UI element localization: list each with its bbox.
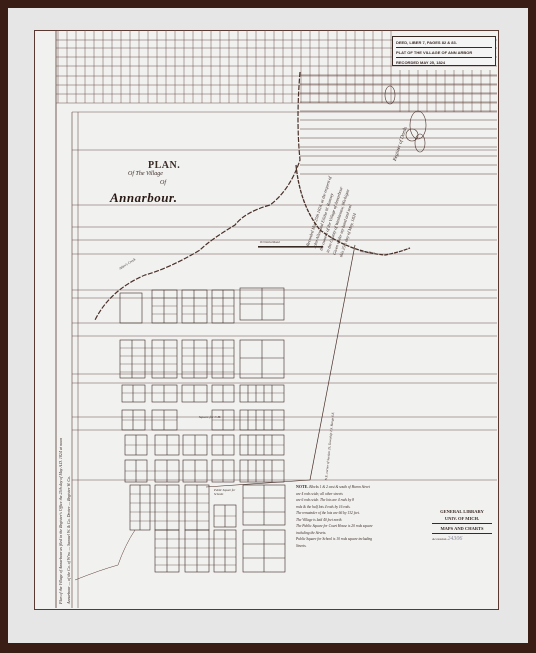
- map-title-of-the-village: Of The Village: [128, 171, 163, 177]
- library-stamp-line2: UNIV. OF MICH.: [432, 515, 492, 522]
- recording-stamp-line1: DEED, LIBER 7, PAGES 82 & 83.: [396, 38, 492, 48]
- library-stamp-line1: GENERAL LIBRARY: [432, 508, 492, 515]
- map-title-plan: PLAN.: [148, 160, 180, 171]
- library-stamp-line3: MAPS AND CHARTS: [432, 525, 492, 532]
- map-title-of: Of: [160, 180, 166, 186]
- accession-label: Accession: [432, 537, 446, 541]
- accession-number: 24306: [447, 536, 462, 542]
- note-heading: NOTE.: [296, 484, 308, 489]
- recording-stamp-line3: RECORDED MAY 25, 1824: [396, 58, 492, 67]
- map-drawing: [0, 0, 536, 653]
- library-stamp: GENERAL LIBRARY UNIV. OF MICH. MAPS AND …: [432, 508, 492, 543]
- public-square-label: Public Square for Schools: [214, 488, 242, 496]
- map-title-name: Annarbour.: [110, 190, 178, 206]
- recording-stamp-line2: PLAT OF THE VILLAGE OF ANN ARBOR: [396, 48, 492, 58]
- road-label: Territorial Road: [260, 240, 280, 244]
- note-block: NOTE. Blocks 1 & 2 east & south of Huron…: [296, 484, 436, 549]
- margin-note-line2: Annarbour — of the Co. of W'tw. — Samuel…: [66, 476, 71, 604]
- margin-note-line1: Plan of the Village of Annarbour as file…: [58, 438, 63, 604]
- recording-stamp: DEED, LIBER 7, PAGES 82 & 83. PLAT OF TH…: [392, 36, 496, 66]
- courthouse-square-label: Square for C.H.: [197, 415, 223, 419]
